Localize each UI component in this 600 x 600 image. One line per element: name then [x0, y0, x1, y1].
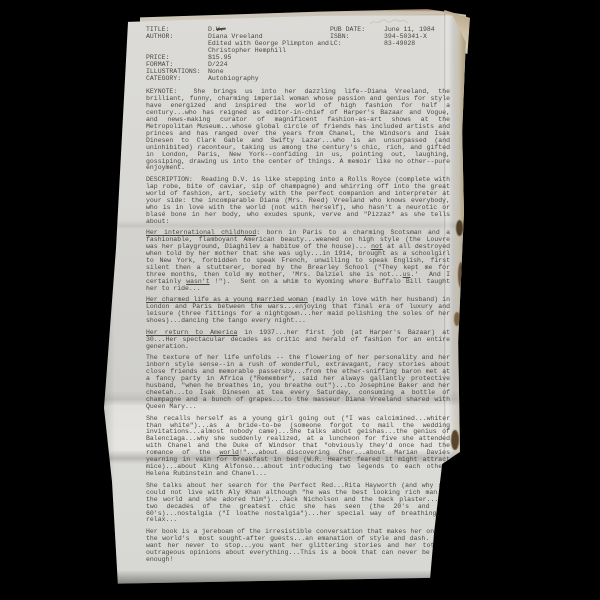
- pencil-annotation: [368, 17, 410, 27]
- header-row-value: June 11, 1984: [384, 26, 452, 33]
- header-row: FORMAT:D/224: [146, 61, 450, 68]
- header-right: PUB DATE:June 11, 1984ISBN:394-50341-XLC…: [330, 26, 452, 47]
- body-paragraphs: KEYNOTE: She brings us into her dazzling…: [146, 89, 450, 564]
- closing-paragraph: Her book is a jereboam of the irresistib…: [146, 529, 450, 564]
- age-spot: [456, 220, 463, 236]
- perfect-red-paragraph-text: She talks about her search for the Perfe…: [146, 482, 450, 524]
- header-block: TITLE:D.V.AUTHOR:Diana VreelandEdited wi…: [146, 26, 450, 82]
- header-row-label: AUTHOR:: [146, 33, 208, 40]
- recollections-paragraph: She recalls herself as a young girl goin…: [146, 416, 450, 479]
- header-row: ILLUSTRATIONS:None: [146, 68, 450, 75]
- typewritten-content: TITLE:D.V.AUTHOR:Diana VreelandEdited wi…: [146, 26, 450, 568]
- header-row-label: CATEGORY:: [146, 75, 208, 82]
- header-row-label: TITLE:: [146, 26, 208, 33]
- childhood-paragraph-underlined-text: not: [371, 243, 383, 250]
- age-spot: [454, 312, 460, 326]
- header-row-value: Christopher Hemphill: [208, 47, 450, 54]
- header-row-value: None: [208, 68, 450, 75]
- header-row: PRICE:$15.95: [146, 54, 450, 61]
- photo-of-press-sheet: TITLE:D.V.AUTHOR:Diana VreelandEdited wi…: [0, 0, 600, 600]
- texture-paragraph: The texture of her life unfolds -- the f…: [146, 355, 450, 411]
- header-row-label: [146, 40, 208, 47]
- age-spot: [444, 464, 452, 478]
- header-row-value: $15.95: [208, 54, 450, 61]
- recollections-paragraph-underlined-text: world: [219, 449, 239, 456]
- return-to-america-paragraph: Her return to America in 1937...her firs…: [146, 330, 450, 351]
- header-row: ISBN:394-50341-X: [330, 33, 452, 40]
- texture-paragraph-text: The texture of her life unfolds -- the f…: [146, 354, 450, 410]
- header-row: PUB DATE:June 11, 1984: [330, 26, 452, 33]
- press-release-sheet: TITLE:D.V.AUTHOR:Diana VreelandEdited wi…: [104, 12, 468, 590]
- header-row-value: 83-49028: [384, 40, 452, 47]
- keynote-paragraph: KEYNOTE: She brings us into her dazzling…: [146, 89, 450, 172]
- return-to-america-paragraph-underlined-text: Her return to America: [146, 329, 237, 336]
- header-row-label: ILLUSTRATIONS:: [146, 68, 208, 75]
- header-row-label: LC:: [330, 40, 384, 47]
- header-row-value: 394-50341-X: [384, 33, 452, 40]
- header-row-label: FORMAT:: [146, 61, 208, 68]
- age-spot: [458, 262, 464, 288]
- header-row: LC:83-49028: [330, 40, 452, 47]
- header-row-value: D/224: [208, 61, 450, 68]
- childhood-paragraph: Her international childhood: born in Par…: [146, 230, 450, 293]
- married-life-paragraph: Her charmed life as a young married woma…: [146, 297, 450, 325]
- header-row-label: ISBN:: [330, 33, 384, 40]
- description-paragraph-text: DESCRIPTION: Reading D.V. is like steppi…: [146, 176, 450, 225]
- closing-paragraph-text: Her book is a jereboam of the irresistib…: [146, 528, 450, 563]
- married-life-paragraph-underlined-text: Her charmed life as a young married woma…: [146, 296, 308, 303]
- header-row: CATEGORY:Autobiography: [146, 75, 450, 82]
- keynote-paragraph-text: KEYNOTE: She brings us into her dazzling…: [146, 88, 450, 171]
- description-paragraph: DESCRIPTION: Reading D.V. is like steppi…: [146, 177, 450, 226]
- age-spot: [451, 430, 459, 450]
- childhood-paragraph-underlined-text: wasn't: [186, 278, 209, 285]
- bottom-edge-shadow: [104, 570, 435, 590]
- header-row-value: Autobiography: [208, 75, 450, 82]
- header-row-label: PUB DATE:: [330, 26, 384, 33]
- header-row-label: [146, 47, 208, 54]
- perfect-red-paragraph: She talks about her search for the Perfe…: [146, 483, 450, 525]
- childhood-paragraph-underlined-text: Her international childhood: [146, 229, 256, 236]
- header-row: Christopher Hemphill: [146, 47, 450, 54]
- header-row-label: PRICE:: [146, 54, 208, 61]
